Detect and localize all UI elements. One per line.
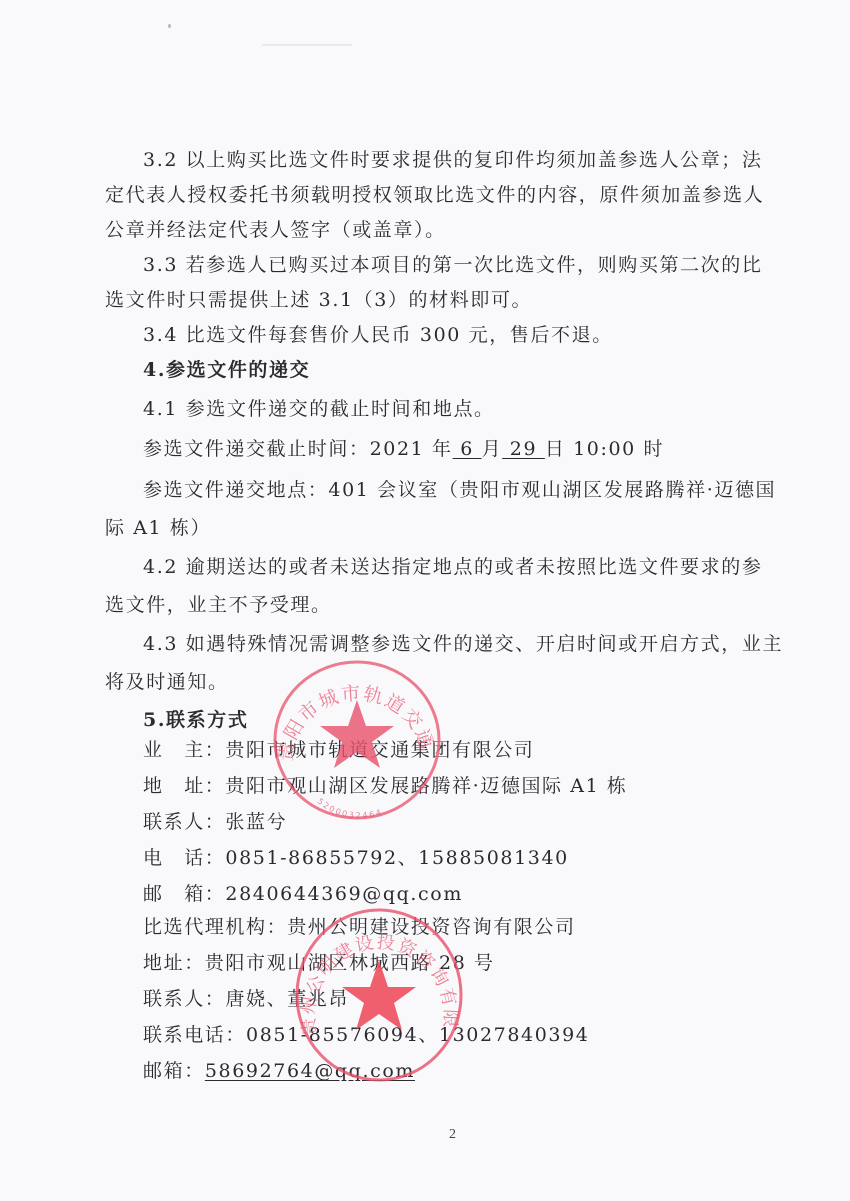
deadline-line: 参选文件递交截止时间：2021 年 6 月 29 日 10:00 时 [143,437,664,461]
owner-email: 邮 箱：2840644369@qq.com [143,882,463,906]
agency-phone: 联系电话：0851-85576094、13027840394 [143,1023,589,1047]
owner-name: 业 主：贵阳市城市轨道交通集团有限公司 [143,738,534,762]
deadline-day: 29 [502,438,545,460]
para-3-4: 3.4 比选文件每套售价人民币 300 元，售后不退。 [143,323,613,347]
scan-speck [168,24,171,28]
agency-name: 比选代理机构：贵州公明建设投资咨询有限公司 [143,915,576,939]
agency-email-link[interactable]: 58692764@qq.com [205,1060,415,1082]
agency-email-label: 邮箱： [143,1060,205,1082]
para-4-1: 4.1 参选文件递交的截止时间和地点。 [143,397,495,421]
para-3-2-line-3: 公章并经法定代表人签字（或盖章）。 [105,218,446,242]
deadline-time: 10:00 时 [565,438,664,460]
deadline-month-unit: 月 [482,438,503,460]
para-3-3-line-1: 3.3 若参选人已购买过本项目的第一次比选文件，则购买第二次的比 [143,253,762,277]
owner-phone: 电 话：0851-86855792、15885081340 [143,846,569,870]
para-4-3-line-2: 将及时通知。 [105,670,229,694]
location-line-2: 际 A1 栋） [105,516,211,540]
section-5-heading: 5.联系方式 [143,708,248,732]
owner-contact: 联系人：张蓝兮 [143,810,287,834]
agency-contact: 联系人：唐娆、董兆昂 [143,987,349,1011]
deadline-prefix: 参选文件递交截止时间：2021 年 [143,438,453,460]
owner-address: 地 址：贵阳市观山湖区发展路腾祥·迈德国际 A1 栋 [143,774,628,798]
deadline-day-unit: 日 [545,438,566,460]
para-3-2-line-2: 定代表人授权委托书须载明授权领取比选文件的内容，原件须加盖参选人 [105,183,764,207]
para-3-2-line-1: 3.2 以上购买比选文件时要求提供的复印件均须加盖参选人公章；法 [143,148,762,172]
para-3-3-line-2: 选文件时只需提供上述 3.1（3）的材料即可。 [105,288,532,312]
location-line-1: 参选文件递交地点：401 会议室（贵阳市观山湖区发展路腾祥·迈德国 [143,478,776,502]
para-4-2-line-1: 4.2 逾期送达的或者未送达指定地点的或者未按照比选文件要求的参 [143,555,762,579]
document-page: 3.2 以上购买比选文件时要求提供的复印件均须加盖参选人公章；法 定代表人授权委… [0,0,850,1201]
deadline-month: 6 [453,438,482,460]
page-number: 2 [449,1127,456,1143]
agency-address: 地址：贵阳市观山湖区林城西路 28 号 [143,951,495,975]
svg-text:5200032464: 5200032464 [316,797,385,821]
para-4-3-line-1: 4.3 如遇特殊情况需调整参选文件的递交、开启时间或开启方式，业主 [143,632,783,656]
agency-email-line: 邮箱：58692764@qq.com [143,1059,415,1083]
para-4-2-line-2: 选文件，业主不予受理。 [105,593,332,617]
section-4-heading: 4.参选文件的递交 [143,358,310,382]
scan-speck [262,44,352,46]
